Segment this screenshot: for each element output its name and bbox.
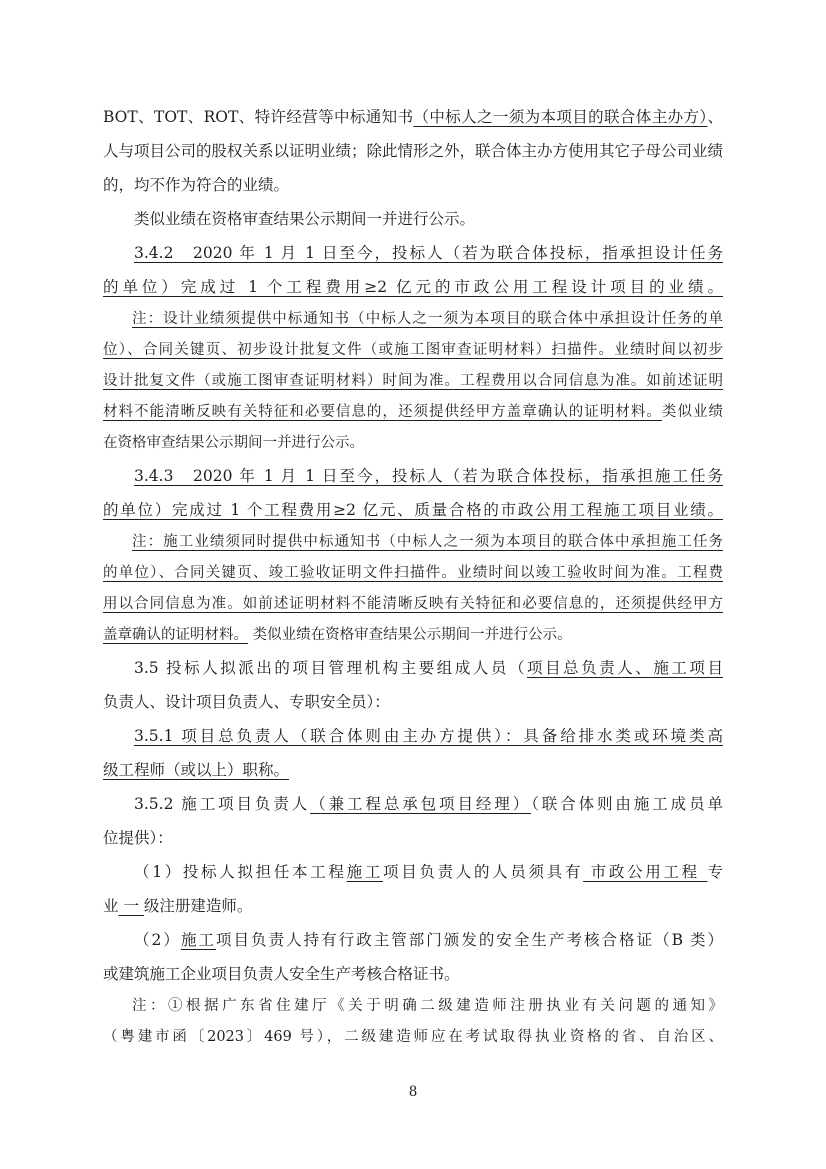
- para-note-construction-performance: 注：施工业绩须同时提供中标通知书（中标人之一须为本项目的联合体中承担施工任务的单…: [103, 527, 723, 651]
- text-line: 在资格审查结果公示期间一并进行公示。: [103, 428, 723, 459]
- text-run: 类似业绩在资格审查结果公示期间一并进行公示。: [134, 210, 475, 228]
- text-run: 的，均不作为符合的业绩。: [103, 176, 289, 194]
- text-run: 人与项目公司的股权关系以证明业绩；除此情形之外，联合体主办方使用其它子母公司业绩: [103, 142, 723, 160]
- text-line: 的单位）、合同关键页、竣工验收证明文件扫描件。业绩时间以竣工验收时间为准。工程费: [103, 558, 723, 589]
- text-line: 材料不能清晰反映有关特征和必要信息的，还须提供经甲方盖章确认的证明材料。类似业绩: [103, 397, 723, 428]
- text-run: 项目负责人的人员须具有: [383, 863, 583, 881]
- text-line: （2）施工项目负责人持有行政主管部门颁发的安全生产考核合格证（B 类）: [103, 923, 723, 957]
- text-line: 位）、合同关键页、初步设计批复文件（或施工图审查证明材料）扫描件。业绩时间以初步: [103, 335, 723, 366]
- text-line: 人与项目公司的股权关系以证明业绩；除此情形之外，联合体主办方使用其它子母公司业绩: [103, 134, 723, 168]
- page-number: 8: [0, 1084, 826, 1100]
- underlined-text-run: 注：设计业绩须提供中标通知书（中标人之一须为本项目的联合体中承担设计任务的单: [132, 311, 723, 327]
- para-3-5-2-construction-project-leader: 3.5.2 施工项目负责人（兼工程总承包项目经理）（联合体则由施工成员单位提供）…: [103, 787, 723, 855]
- text-line: 或建筑施工企业项目负责人安全生产考核合格证书。: [103, 957, 723, 991]
- text-line: 3.5 投标人拟派出的项目管理机构主要组成人员（项目总负责人、施工项目: [103, 651, 723, 685]
- para-3-5-1-general-project-leader: 3.5.1 项目总负责人（联合体则由主办方提供）：具备给排水类或环境类高级工程师…: [103, 719, 723, 787]
- text-run: 类似业绩: [662, 404, 723, 420]
- para-continuation-performance-rules: BOT、TOT、ROT、特许经营等中标通知书（中标人之一须为本项目的联合体主办方…: [103, 100, 723, 202]
- text-line: 用以合同信息为准。如前述证明材料不能清晰反映有关特征和必要信息的，还须提供经甲方: [103, 589, 723, 620]
- text-run: 或建筑施工企业项目负责人安全生产考核合格证书。: [103, 965, 460, 983]
- text-run: 业: [103, 897, 119, 915]
- text-line: 注：①根据广东省住建厅《关于明确二级建造师注册执业有关问题的通知》: [103, 991, 723, 1022]
- text-line: 的，均不作为符合的业绩。: [103, 168, 723, 202]
- para-3-5-project-management-team: 3.5 投标人拟派出的项目管理机构主要组成人员（项目总负责人、施工项目负责人、设…: [103, 651, 723, 719]
- text-line: 的单位）完成过 1 个工程费用≥2 亿元的市政公用工程设计项目的业绩。: [103, 270, 723, 304]
- underlined-text-run: （中标人之一须为本项目的联合体主办方）: [413, 108, 707, 126]
- underlined-text-run: 级工程师（或以上）职称。: [103, 761, 289, 779]
- underlined-text-run: 用以合同信息为准。如前述证明材料不能清晰反映有关特征和必要信息的，还须提供经甲方: [103, 596, 723, 612]
- underlined-text-run: 施工: [347, 863, 383, 881]
- underlined-text-run: 市政公用工程: [583, 863, 707, 881]
- text-line: 注：设计业绩须提供中标通知书（中标人之一须为本项目的联合体中承担设计任务的单: [103, 304, 723, 335]
- para-similar-performance-publicity: 类似业绩在资格审查结果公示期间一并进行公示。: [103, 202, 723, 236]
- text-line: （粤建市函〔2023〕469 号），二级建造师应在考试取得执业资格的省、自治区、: [103, 1022, 723, 1053]
- document-page: BOT、TOT、ROT、特许经营等中标通知书（中标人之一须为本项目的联合体主办方…: [0, 0, 826, 1169]
- underlined-text-run: 一: [119, 897, 144, 915]
- text-run: 注：①根据广东省住建厅《关于明确二级建造师注册执业有关问题的通知》: [132, 998, 723, 1014]
- para-item-1-registered-constructor: （1）投标人拟担任本工程施工项目负责人的人员须具有 市政公用工程 专业 一 级注…: [103, 855, 723, 923]
- para-item-2-safety-certificate: （2）施工项目负责人持有行政主管部门颁发的安全生产考核合格证（B 类）或建筑施工…: [103, 923, 723, 991]
- text-run: （2）: [134, 931, 181, 949]
- underlined-text-run: 的单位）完成过 1 个工程费用≥2 亿元的市政公用工程设计项目的业绩。: [103, 278, 723, 296]
- text-run: 级注册建造师。: [144, 897, 253, 915]
- para-note-design-performance: 注：设计业绩须提供中标通知书（中标人之一须为本项目的联合体中承担设计任务的单位）…: [103, 304, 723, 459]
- text-run: 在资格审查结果公示期间一并进行公示。: [103, 435, 364, 451]
- text-run: 项目负责人持有行政主管部门颁发的安全生产考核合格证（B 类）: [216, 931, 723, 949]
- text-line: 负责人、设计项目负责人、专职安全员）：: [103, 685, 723, 719]
- underlined-text-run: 3.5.1 项目总负责人（联合体则由主办方提供）：具备给排水类或环境类高: [134, 727, 723, 745]
- text-line: 3.5.1 项目总负责人（联合体则由主办方提供）：具备给排水类或环境类高: [103, 719, 723, 753]
- underlined-text-run: 位）、合同关键页、初步设计批复文件（或施工图审查证明材料）扫描件。业绩时间以初步: [103, 342, 723, 358]
- para-3-4-3-construction-performance: 3.4.3 2020 年 1 月 1 日至今，投标人（若为联合体投标，指承担施工…: [103, 459, 723, 527]
- text-line: 盖章确认的证明材料。 类似业绩在资格审查结果公示期间一并进行公示。: [103, 620, 723, 651]
- text-line: 业 一 级注册建造师。: [103, 889, 723, 923]
- text-run: （联合体则由施工成员单: [531, 795, 723, 813]
- underlined-text-run: 盖章确认的证明材料。: [103, 627, 248, 643]
- para-note-second-class-constructor: 注：①根据广东省住建厅《关于明确二级建造师注册执业有关问题的通知》（粤建市函〔2…: [103, 991, 723, 1053]
- text-line: 3.4.3 2020 年 1 月 1 日至今，投标人（若为联合体投标，指承担施工…: [103, 459, 723, 493]
- underlined-text-run: 设计批复文件（或施工图审查证明材料）时间为准。工程费用以合同信息为准。如前述证明: [103, 373, 723, 389]
- text-line: BOT、TOT、ROT、特许经营等中标通知书（中标人之一须为本项目的联合体主办方…: [103, 100, 723, 134]
- document-content: BOT、TOT、ROT、特许经营等中标通知书（中标人之一须为本项目的联合体主办方…: [103, 100, 723, 1053]
- text-line: 设计批复文件（或施工图审查证明材料）时间为准。工程费用以合同信息为准。如前述证明: [103, 366, 723, 397]
- text-run: （1）投标人拟担任本工程: [134, 863, 347, 881]
- text-run: 负责人、设计项目负责人、专职安全员）：: [103, 693, 390, 711]
- underlined-text-run: （兼工程总承包项目经理）: [310, 795, 531, 813]
- underlined-text-run: 项目总负责人、施工项目: [527, 659, 723, 677]
- text-line: 类似业绩在资格审查结果公示期间一并进行公示。: [103, 202, 723, 236]
- text-line: （1）投标人拟担任本工程施工项目负责人的人员须具有 市政公用工程 专: [103, 855, 723, 889]
- text-line: 3.5.2 施工项目负责人（兼工程总承包项目经理）（联合体则由施工成员单: [103, 787, 723, 821]
- underlined-text-run: 施工: [181, 931, 216, 949]
- underlined-text-run: 3.4.3 2020 年 1 月 1 日至今，投标人（若为联合体投标，指承担施工…: [134, 467, 723, 485]
- text-run: 3.5.2 施工项目负责人: [134, 795, 310, 813]
- underlined-text-run: 的单位）完成过 1 个工程费用≥2 亿元、质量合格的市政公用工程施工项目业绩。: [103, 501, 723, 519]
- underlined-text-run: 的单位）、合同关键页、竣工验收证明文件扫描件。业绩时间以竣工验收时间为准。工程费: [103, 565, 723, 581]
- text-line: 位提供）：: [103, 821, 723, 855]
- text-line: 注：施工业绩须同时提供中标通知书（中标人之一须为本项目的联合体中承担施工任务: [103, 527, 723, 558]
- para-3-4-2-design-performance: 3.4.2 2020 年 1 月 1 日至今，投标人（若为联合体投标，指承担设计…: [103, 236, 723, 304]
- text-run: 类似业绩在资格审查结果公示期间一并进行公示。: [248, 627, 572, 643]
- text-line: 的单位）完成过 1 个工程费用≥2 亿元、质量合格的市政公用工程施工项目业绩。: [103, 493, 723, 527]
- text-run: 位提供）：: [103, 829, 173, 847]
- underlined-text-run: 3.4.2 2020 年 1 月 1 日至今，投标人（若为联合体投标，指承担设计…: [134, 244, 723, 262]
- text-run: 专: [707, 863, 723, 881]
- text-run: BOT、TOT、ROT、特许经营等中标通知书: [103, 108, 413, 126]
- underlined-text-run: 材料不能清晰反映有关特征和必要信息的，还须提供经甲方盖章确认的证明材料。: [103, 404, 662, 420]
- text-run: 3.5 投标人拟派出的项目管理机构主要组成人员（: [134, 659, 527, 677]
- underlined-text-run: 注：施工业绩须同时提供中标通知书（中标人之一须为本项目的联合体中承担施工任务: [132, 534, 723, 550]
- text-line: 级工程师（或以上）职称。: [103, 753, 723, 787]
- text-line: 3.4.2 2020 年 1 月 1 日至今，投标人（若为联合体投标，指承担设计…: [103, 236, 723, 270]
- text-run: （粤建市函〔2023〕469 号），二级建造师应在考试取得执业资格的省、自治区、: [103, 1029, 723, 1045]
